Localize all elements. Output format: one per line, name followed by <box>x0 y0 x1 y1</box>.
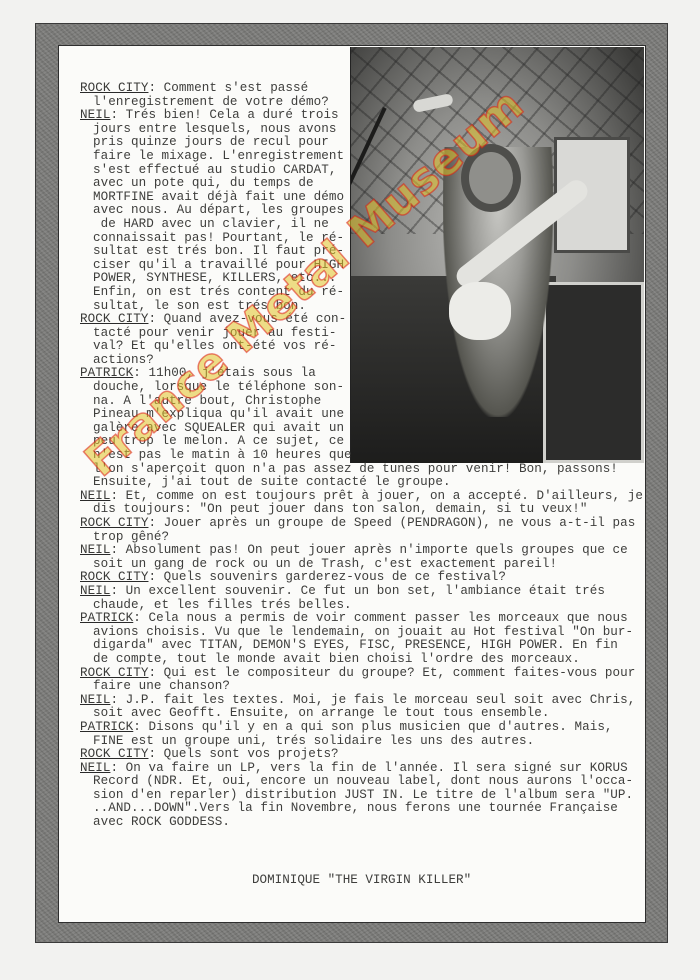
interview-line: ciser qu'il a travaillé pour HIGH <box>80 259 640 273</box>
line-text: sultat est trés bon. Il faut pré- <box>93 244 344 258</box>
interview-line: jours entre lesquels, nous avons <box>80 123 640 137</box>
line-text: : Quels sont vos projets? <box>148 747 338 761</box>
interview-line: de compte, tout le monde avait bien choi… <box>80 653 640 667</box>
interview-line-speaker: ROCK CITY: Quels souvenirs garderez-vous… <box>80 571 640 585</box>
interview-line: peu trop le melon. A ce sujet, ce <box>80 435 640 449</box>
line-text: avions choisis. Vu que le lendemain, on … <box>93 625 633 639</box>
line-text: avec ROCK GODDESS. <box>93 815 230 829</box>
interview-text: ROCK CITY: Comment s'est passél'enregist… <box>80 82 640 830</box>
speaker-name: NEIL <box>80 761 110 775</box>
line-text: faire le mixage. L'enregistrement <box>93 149 344 163</box>
speaker-name: ROCK CITY <box>80 747 148 761</box>
line-text: jours entre lesquels, nous avons <box>93 122 336 136</box>
line-text: digarda" avec TITAN, DEMON'S EYES, FISC,… <box>93 638 618 652</box>
interview-line-speaker: ROCK CITY: Qui est le compositeur du gro… <box>80 667 640 681</box>
interview-line-speaker: ROCK CITY: Jouer après un groupe de Spee… <box>80 517 640 531</box>
interview-line: soit un gang de rock ou un de Trash, c'e… <box>80 558 640 572</box>
interview-line: Ensuite, j'ai tout de suite contacté le … <box>80 476 640 490</box>
interview-line-speaker: NEIL: Absolument pas! On peut jouer aprè… <box>80 544 640 558</box>
line-text: Record (NDR. Et, oui, encore un nouveau … <box>93 774 633 788</box>
line-text: avec nous. Au départ, les groupes <box>93 203 344 217</box>
interview-line: digarda" avec TITAN, DEMON'S EYES, FISC,… <box>80 639 640 653</box>
speaker-name: NEIL <box>80 693 110 707</box>
speaker-name: ROCK CITY <box>80 516 148 530</box>
line-text: faire une chanson? <box>93 679 230 693</box>
interview-line: de HARD avec un clavier, il ne <box>80 218 640 232</box>
speaker-name: NEIL <box>80 489 110 503</box>
line-text: MORTFINE avait déjà fait une démo <box>93 190 344 204</box>
interview-line: val? Et qu'elles ont-été vos ré- <box>80 340 640 354</box>
speaker-name: ROCK CITY <box>80 570 148 584</box>
interview-line: n'est pas le matin à 10 heures que <box>80 449 640 463</box>
line-text: : Et, comme on est toujours prêt à jouer… <box>110 489 643 503</box>
line-text: : Absolument pas! On peut jouer après n'… <box>110 543 627 557</box>
interview-line: sultat est trés bon. Il faut pré- <box>80 245 640 259</box>
speaker-name: PATRICK <box>80 611 133 625</box>
line-text: : Quels souvenirs garderez-vous de ce fe… <box>148 570 506 584</box>
interview-line-speaker: NEIL: On va faire un LP, vers la fin de … <box>80 762 640 776</box>
interview-line: chaude, et les filles trés belles. <box>80 599 640 613</box>
line-text: peu trop le melon. A ce sujet, ce <box>93 434 344 448</box>
line-text: sion d'en reparler) distribution JUST IN… <box>93 788 633 802</box>
line-text: avec un pote qui, du temps de <box>93 176 314 190</box>
line-text: actions? <box>93 353 154 367</box>
line-text: ciser qu'il a travaillé pour HIGH <box>93 258 344 272</box>
interview-line: soit avec Geofft. Ensuite, on arrange le… <box>80 707 640 721</box>
interview-line-speaker: ROCK CITY: Comment s'est passé <box>80 82 640 96</box>
interview-line: ..AND...DOWN".Vers la fin Novembre, nous… <box>80 802 640 816</box>
interview-line: l'on s'aperçoit quon n'a pas assez de tu… <box>80 463 640 477</box>
interview-line: Pineau m'expliqua qu'il avait une <box>80 408 640 422</box>
speaker-name: NEIL <box>80 543 110 557</box>
interview-line: connaissait pas! Pourtant, le ré- <box>80 232 640 246</box>
line-text: pris quinze jours de recul pour <box>93 135 329 149</box>
speaker-name: ROCK CITY <box>80 81 148 95</box>
line-text: FINE est un groupe uni, trés solidaire l… <box>93 734 534 748</box>
speaker-name: NEIL <box>80 108 110 122</box>
interview-line: Record (NDR. Et, oui, encore un nouveau … <box>80 775 640 789</box>
line-text: : J.P. fait les textes. Moi, je fais le … <box>110 693 635 707</box>
line-text: s'est effectué au studio CARDAT, <box>93 163 336 177</box>
interview-line: pris quinze jours de recul pour <box>80 136 640 150</box>
line-text: : Comment s'est passé <box>148 81 308 95</box>
line-text: : 11h00, j'étais sous la <box>133 366 316 380</box>
interview-line: POWER, SYNTHESE, KILLERS, etc... <box>80 272 640 286</box>
line-text: connaissait pas! Pourtant, le ré- <box>93 231 344 245</box>
interview-line: tacté pour venir jouer au festi- <box>80 327 640 341</box>
interview-line: na. A l'autre bout, Christophe <box>80 395 640 409</box>
line-text: : On va faire un LP, vers la fin de l'an… <box>110 761 627 775</box>
line-text: : Quand avez-vous été con- <box>148 312 346 326</box>
line-text: : Trés bien! Cela a duré trois <box>110 108 338 122</box>
line-text: de compte, tout le monde avait bien choi… <box>93 652 580 666</box>
line-text: de HARD avec un clavier, il ne <box>93 217 329 231</box>
line-text: trop gêné? <box>93 530 169 544</box>
interview-line: s'est effectué au studio CARDAT, <box>80 164 640 178</box>
line-text: n'est pas le matin à 10 heures que <box>93 448 352 462</box>
line-text: : Disons qu'il y en a qui son plus music… <box>133 720 612 734</box>
interview-line-speaker: PATRICK: 11h00, j'étais sous la <box>80 367 640 381</box>
interview-line-speaker: PATRICK: Cela nous a permis de voir comm… <box>80 612 640 626</box>
line-text: Pineau m'expliqua qu'il avait une <box>93 407 344 421</box>
author-signature: DOMINIQUE "THE VIRGIN KILLER" <box>252 873 471 887</box>
line-text: : Cela nous a permis de voir comment pas… <box>133 611 628 625</box>
interview-line-speaker: NEIL: Un excellent souvenir. Ce fut un b… <box>80 585 640 599</box>
line-text: val? Et qu'elles ont-été vos ré- <box>93 339 336 353</box>
line-text: : Jouer après un groupe de Speed (PENDRA… <box>148 516 635 530</box>
interview-line: dis toujours: "On peut jouer dans ton sa… <box>80 503 640 517</box>
interview-line-speaker: ROCK CITY: Quand avez-vous été con- <box>80 313 640 327</box>
interview-line: sion d'en reparler) distribution JUST IN… <box>80 789 640 803</box>
interview-line-speaker: NEIL: Trés bien! Cela a duré trois <box>80 109 640 123</box>
speaker-name: PATRICK <box>80 720 133 734</box>
line-text: galère avec SQUEALER qui avait un <box>93 421 344 435</box>
interview-line: trop gêné? <box>80 531 640 545</box>
interview-line: douche, lorsque le téléphone son- <box>80 381 640 395</box>
interview-line: avec un pote qui, du temps de <box>80 177 640 191</box>
interview-line: faire une chanson? <box>80 680 640 694</box>
interview-line: MORTFINE avait déjà fait une démo <box>80 191 640 205</box>
line-text: soit un gang de rock ou un de Trash, c'e… <box>93 557 557 571</box>
speaker-name: ROCK CITY <box>80 666 148 680</box>
interview-line: faire le mixage. L'enregistrement <box>80 150 640 164</box>
interview-line: actions? <box>80 354 640 368</box>
line-text: l'enregistrement de votre démo? <box>93 95 329 109</box>
line-text: tacté pour venir jouer au festi- <box>93 326 336 340</box>
line-text: douche, lorsque le téléphone son- <box>93 380 344 394</box>
line-text: : Qui est le compositeur du groupe? Et, … <box>148 666 635 680</box>
speaker-name: ROCK CITY <box>80 312 148 326</box>
line-text: sultat, le son est trés bon. <box>93 299 306 313</box>
interview-line: galère avec SQUEALER qui avait un <box>80 422 640 436</box>
interview-line: avec ROCK GODDESS. <box>80 816 640 830</box>
interview-line: Enfin, on est trés content du ré- <box>80 286 640 300</box>
interview-line: avec nous. Au départ, les groupes <box>80 204 640 218</box>
line-text: l'on s'aperçoit quon n'a pas assez de tu… <box>93 462 618 476</box>
line-text: chaude, et les filles trés belles. <box>93 598 352 612</box>
interview-line: avions choisis. Vu que le lendemain, on … <box>80 626 640 640</box>
interview-line-speaker: PATRICK: Disons qu'il y en a qui son plu… <box>80 721 640 735</box>
interview-line: l'enregistrement de votre démo? <box>80 96 640 110</box>
line-text: POWER, SYNTHESE, KILLERS, etc... <box>93 271 336 285</box>
interview-line: FINE est un groupe uni, trés solidaire l… <box>80 735 640 749</box>
line-text: dis toujours: "On peut jouer dans ton sa… <box>93 502 588 516</box>
line-text: ..AND...DOWN".Vers la fin Novembre, nous… <box>93 801 618 815</box>
line-text: Ensuite, j'ai tout de suite contacté le … <box>93 475 451 489</box>
interview-line-speaker: ROCK CITY: Quels sont vos projets? <box>80 748 640 762</box>
line-text: soit avec Geofft. Ensuite, on arrange le… <box>93 706 549 720</box>
speaker-name: PATRICK <box>80 366 133 380</box>
speaker-name: NEIL <box>80 584 110 598</box>
interview-line-speaker: NEIL: J.P. fait les textes. Moi, je fais… <box>80 694 640 708</box>
interview-line-speaker: NEIL: Et, comme on est toujours prêt à j… <box>80 490 640 504</box>
line-text: : Un excellent souvenir. Ce fut un bon s… <box>110 584 605 598</box>
interview-line: sultat, le son est trés bon. <box>80 300 640 314</box>
line-text: na. A l'autre bout, Christophe <box>93 394 321 408</box>
line-text: Enfin, on est trés content du ré- <box>93 285 344 299</box>
